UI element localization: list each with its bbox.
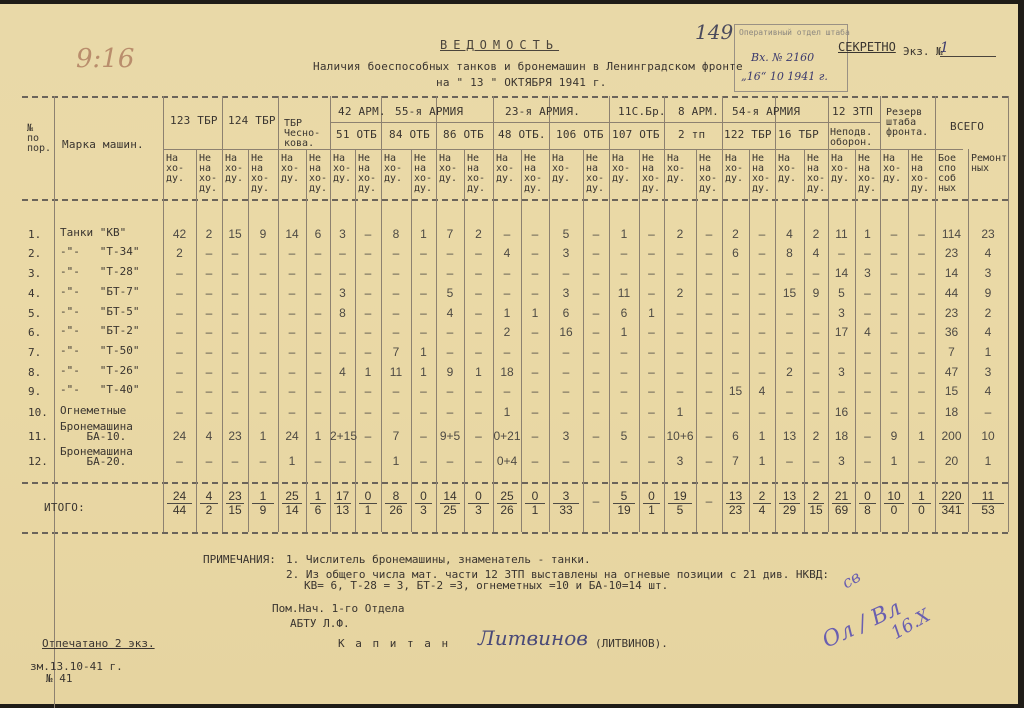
row-number: 8. (28, 366, 41, 379)
table-cell: 16 (828, 405, 855, 419)
table-cell: 6 (306, 227, 330, 241)
table-cell: – (696, 384, 722, 398)
table-cell: – (196, 246, 222, 260)
total-denominator: 19 (613, 503, 635, 517)
document-title: ВЕДОМОСТЬ (440, 38, 559, 52)
table-cell: – (248, 266, 278, 280)
total-denominator: 2 (200, 503, 218, 517)
table-cell: 3 (330, 227, 355, 241)
row-number: 12. (28, 455, 48, 468)
table-cell: – (696, 454, 722, 468)
subcol-operational: Нахо-ду. (831, 154, 849, 184)
note-1: 1. Числитель бронемашины, знаменатель - … (286, 553, 591, 566)
unit-86-otb: 86 ОТБ (443, 128, 484, 141)
table-cell: – (411, 454, 436, 468)
subcol-operational: Нахо-ду. (496, 154, 514, 184)
table-cell: 4 (968, 384, 1008, 398)
subcol-operational: Нахо-ду. (552, 154, 570, 184)
unit-124-tbr: 124 ТБР (228, 114, 276, 127)
table-cell: 1 (639, 306, 664, 320)
unit-51-otb: 51 ОТБ (336, 128, 377, 141)
row-number: 6. (28, 326, 41, 339)
total-denominator: 33 (553, 503, 579, 517)
table-cell: 1 (278, 454, 306, 468)
table-cell: – (775, 345, 804, 359)
total-denominator: 29 (779, 503, 800, 517)
table-cell: 1 (381, 454, 411, 468)
table-cell: – (749, 345, 775, 359)
row-number: 5. (28, 307, 41, 320)
table-cell: – (493, 345, 521, 359)
total-denominator: 341 (939, 503, 964, 517)
total-denominator: 25 (440, 503, 460, 517)
table-cell: – (722, 345, 749, 359)
table-cell: 4 (749, 384, 775, 398)
ztp-header-rule (828, 122, 880, 123)
col-num-header: №попор. (27, 124, 51, 154)
vehicle-type: Бронемашина БА-20. (60, 447, 133, 467)
column-divider (306, 149, 307, 532)
table-cell: 1 (464, 365, 493, 379)
total-numerator: 0 (359, 489, 377, 504)
table-cell: – (775, 454, 804, 468)
unit-immobile-defense: Неподв.оборон. (830, 128, 872, 148)
table-cell: – (696, 405, 722, 419)
col-brand-header: Марка машин. (62, 138, 144, 151)
table-cell: – (804, 384, 828, 398)
table-cell: – (381, 246, 411, 260)
table-cell: 1 (355, 365, 381, 379)
table-cell: 9 (880, 429, 908, 443)
notes-label: ПРИМЕЧАНИЯ: (203, 553, 276, 566)
table-cell: – (196, 405, 222, 419)
table-cell: – (583, 306, 609, 320)
vehicle-type: -"- "Т-34" (60, 247, 139, 257)
subcol-nonoperational: Ненахо-ду. (911, 154, 929, 194)
copy-number: 1 (940, 40, 996, 57)
table-cell: – (196, 454, 222, 468)
table-cell: – (355, 345, 381, 359)
table-cell: – (330, 266, 355, 280)
total-denominator: 44 (167, 503, 192, 517)
table-cell: 1 (411, 345, 436, 359)
table-cell: 6 (722, 246, 749, 260)
signer-position-line1: Пом.Нач. 1-го Отдела (272, 602, 404, 615)
table-cell: – (908, 365, 935, 379)
document-page: 9:16 149 Оперативный отдел штаба Вх. № 2… (0, 4, 1018, 704)
table-cell: – (583, 454, 609, 468)
table-bottom-rule (22, 532, 1008, 534)
table-cell: – (775, 325, 804, 339)
table-cell: – (583, 286, 609, 300)
table-cell: 4 (330, 365, 355, 379)
column-divider (411, 149, 412, 532)
signer-name: (ЛИТВИНОВ). (595, 637, 668, 650)
total-numerator: 3 (553, 489, 579, 504)
table-cell: 3 (968, 266, 1008, 280)
total-denominator: 26 (497, 503, 517, 517)
vehicle-type: Танки "КВ" (60, 228, 126, 238)
subcol-operational: Нахо-ду. (612, 154, 630, 184)
table-cell: – (908, 454, 935, 468)
unit-107-otb: 107 ОТБ (612, 128, 660, 141)
classification-label: СЕКРЕТНО (838, 40, 896, 54)
table-cell: 114 (935, 227, 968, 241)
handwritten-page-number: 149 (695, 20, 733, 44)
table-cell: 9+5 (436, 429, 464, 443)
vehicle-type: -"- "Т-28" (60, 267, 139, 277)
table-cell: 1 (855, 227, 880, 241)
table-cell: – (804, 405, 828, 419)
table-cell: 9 (804, 286, 828, 300)
table-cell: – (163, 306, 196, 320)
total-numerator: 2 (753, 489, 771, 504)
total-numerator: 8 (385, 489, 407, 504)
table-cell: 1 (248, 429, 278, 443)
table-cell: – (804, 325, 828, 339)
total-numerator: 19 (668, 489, 692, 504)
table-cell: – (196, 286, 222, 300)
table-cell: – (583, 365, 609, 379)
table-cell: – (464, 405, 493, 419)
table-cell: 4 (493, 246, 521, 260)
table-cell: – (436, 384, 464, 398)
table-cell: 11 (828, 227, 855, 241)
total-numerator: 21 (832, 489, 851, 504)
table-cell: 15 (775, 286, 804, 300)
table-cell: – (908, 246, 935, 260)
table-cell: – (749, 227, 775, 241)
table-cell: – (639, 227, 664, 241)
table-cell: – (804, 365, 828, 379)
handwritten-signature: Литвинов (478, 626, 588, 650)
total-numerator: 1 (252, 489, 274, 504)
table-cell: – (163, 325, 196, 339)
total-numerator: 5 (613, 489, 635, 504)
table-cell: – (436, 266, 464, 280)
table-cell: – (306, 454, 330, 468)
subcol-operational: Нахо-ду. (333, 154, 351, 184)
table-cell: 6 (549, 306, 583, 320)
table-cell: 23 (935, 306, 968, 320)
table-cell: 0+21 (493, 429, 521, 443)
table-cell: 7 (436, 227, 464, 241)
table-cell: – (381, 286, 411, 300)
total-numerator: 14 (440, 489, 460, 504)
table-cell: 7 (935, 345, 968, 359)
table-cell: – (639, 454, 664, 468)
table-cell: 10+6 (664, 429, 696, 443)
table-cell: – (464, 454, 493, 468)
table-cell: – (521, 227, 549, 241)
table-cell: 6 (722, 429, 749, 443)
column-divider (855, 149, 856, 532)
subcol-nonoperational: Ненахо-ду. (467, 154, 485, 194)
table-top-rule (22, 96, 1008, 98)
column-divider (639, 149, 640, 532)
total-denominator: 9 (252, 503, 274, 517)
total-denominator: 26 (385, 503, 407, 517)
table-cell: – (583, 227, 609, 241)
table-cell: – (355, 325, 381, 339)
table-cell: – (664, 345, 696, 359)
table-cell: – (549, 345, 583, 359)
table-cell: – (278, 345, 306, 359)
column-divider (583, 149, 584, 532)
table-cell: – (609, 345, 639, 359)
subcol-combat-ready: Боеспособных (938, 154, 956, 194)
total-numerator: 4 (200, 489, 218, 504)
table-cell: 2 (196, 227, 222, 241)
column-divider (521, 149, 522, 532)
table-cell: – (855, 384, 880, 398)
note-2-line2: КВ= 6, Т-28 = 3, БТ-2 =3, огнеметных =10… (304, 579, 668, 592)
column-divider (248, 149, 249, 532)
table-cell: – (411, 429, 436, 443)
table-cell: – (583, 345, 609, 359)
table-cell: 1 (908, 429, 935, 443)
table-cell: 1 (493, 405, 521, 419)
table-cell: – (722, 365, 749, 379)
army-42: 42 АРМ. (338, 105, 386, 118)
table-cell: 3 (855, 266, 880, 280)
table-cell: – (609, 246, 639, 260)
table-cell: – (464, 266, 493, 280)
table-cell: – (749, 325, 775, 339)
army-23: 23-я АРМИЯ. (505, 105, 580, 118)
table-cell: – (196, 325, 222, 339)
table-cell: – (248, 286, 278, 300)
reference-number: № 41 (46, 672, 73, 685)
total-denominator: 15 (226, 503, 244, 517)
table-cell: – (583, 384, 609, 398)
table-cell: – (521, 405, 549, 419)
table-cell: – (639, 345, 664, 359)
subcol-in-repair: Ремонтных (971, 154, 1007, 174)
row-number: 9. (28, 385, 41, 398)
table-cell: – (521, 384, 549, 398)
table-cell: – (639, 365, 664, 379)
total-numerator: 25 (497, 489, 517, 504)
column-divider (804, 149, 805, 532)
row-number: 4. (28, 287, 41, 300)
table-cell: – (163, 384, 196, 398)
table-cell: 24 (163, 429, 196, 443)
unit-48-otb: 48 ОТБ. (498, 128, 546, 141)
table-cell: – (855, 454, 880, 468)
table-cell: – (196, 306, 222, 320)
table-cell: – (436, 246, 464, 260)
subcol-operational: Нахо-ду. (439, 154, 457, 184)
subcol-nonoperational: Ненахо-ду. (309, 154, 327, 194)
column-divider (696, 149, 697, 532)
table-cell: 7 (381, 429, 411, 443)
table-cell: 7 (722, 454, 749, 468)
table-cell: 11 (609, 286, 639, 300)
total-denominator: 1 (643, 503, 660, 517)
table-cell: – (749, 306, 775, 320)
table-cell: 5 (549, 227, 583, 241)
subcol-nonoperational: Ненахо-ду. (858, 154, 876, 194)
table-cell: 4 (804, 246, 828, 260)
table-cell: – (664, 384, 696, 398)
table-cell: 5 (609, 429, 639, 443)
table-cell: – (609, 266, 639, 280)
table-cell: – (278, 286, 306, 300)
table-cell: – (381, 306, 411, 320)
table-cell: – (355, 286, 381, 300)
table-cell: 1 (609, 227, 639, 241)
table-cell: – (248, 345, 278, 359)
table-cell: 1 (493, 306, 521, 320)
handwritten-archive-number: 9:16 (76, 44, 134, 74)
table-cell: – (163, 365, 196, 379)
total-numerator: 11 (972, 489, 1004, 504)
table-cell: 2 (664, 227, 696, 241)
table-cell: – (381, 266, 411, 280)
row-number: 11. (28, 430, 48, 443)
column-divider (908, 149, 909, 532)
table-cell: – (855, 429, 880, 443)
table-cell: – (248, 454, 278, 468)
table-cell: – (163, 286, 196, 300)
table-cell: – (493, 286, 521, 300)
vehicle-type: -"- "БТ-7" (60, 287, 139, 297)
table-cell: – (696, 227, 722, 241)
column-divider (355, 149, 356, 532)
table-cell: – (222, 286, 248, 300)
army-54: 54-я АРМИЯ (732, 105, 800, 118)
column-divider (749, 149, 750, 532)
table-cell: 4 (436, 306, 464, 320)
table-cell: – (855, 306, 880, 320)
table-cell: – (880, 384, 908, 398)
total-numerator: 13 (779, 489, 800, 504)
table-cell: – (968, 405, 1008, 419)
table-cell: 20 (935, 454, 968, 468)
table-cell: – (330, 454, 355, 468)
table-cell: – (196, 365, 222, 379)
table-cell: – (306, 266, 330, 280)
table-cell: – (775, 306, 804, 320)
total-denominator: 69 (832, 503, 851, 517)
row-number: 10. (28, 406, 48, 419)
table-cell: – (639, 384, 664, 398)
table-cell: – (639, 246, 664, 260)
table-cell: – (908, 266, 935, 280)
table-cell: – (880, 266, 908, 280)
total-numerator: 0 (468, 489, 489, 504)
table-cell: – (749, 405, 775, 419)
table-cell: 18 (828, 429, 855, 443)
total-numerator: 23 (226, 489, 244, 504)
table-cell: – (306, 246, 330, 260)
subcol-nonoperational: Ненахо-ду. (414, 154, 432, 194)
total-denominator: 23 (726, 503, 745, 517)
table-cell: – (493, 384, 521, 398)
printed-copies: Отпечатано 2 экз. (42, 637, 155, 650)
table-cell: 42 (163, 227, 196, 241)
table-cell: 36 (935, 325, 968, 339)
table-cell: – (549, 454, 583, 468)
table-cell: – (278, 306, 306, 320)
row-number: 7. (28, 346, 41, 359)
row-number: 2. (28, 247, 41, 260)
table-cell: – (908, 227, 935, 241)
total-numerator: 25 (282, 489, 302, 504)
table-cell: – (775, 405, 804, 419)
document-date: на " 13 " ОКТЯБРЯ 1941 г. (436, 76, 607, 89)
header-bottom-rule (22, 199, 1008, 201)
subcol-operational: Нахо-ду. (883, 154, 901, 184)
row-number: 1. (28, 228, 41, 241)
table-cell: – (908, 345, 935, 359)
table-cell: – (749, 286, 775, 300)
total-numerator: 0 (415, 489, 432, 504)
table-cell: 3 (549, 246, 583, 260)
total-denominator: 4 (753, 503, 771, 517)
vehicle-type: -"- "БТ-2" (60, 326, 139, 336)
table-cell: – (306, 384, 330, 398)
table-cell: – (330, 405, 355, 419)
table-cell: – (722, 286, 749, 300)
table-cell: 1 (411, 227, 436, 241)
total-denominator: 8 (859, 503, 876, 517)
table-cell: – (880, 345, 908, 359)
table-cell: – (855, 405, 880, 419)
subcol-nonoperational: Ненахо-ду. (199, 154, 217, 194)
table-cell: 1 (664, 405, 696, 419)
table-cell: – (696, 266, 722, 280)
table-cell: – (696, 306, 722, 320)
table-cell: 3 (828, 454, 855, 468)
table-cell: 7 (381, 345, 411, 359)
table-cell: – (248, 246, 278, 260)
table-cell: 8 (330, 306, 355, 320)
table-cell: 15 (722, 384, 749, 398)
table-cell: – (330, 345, 355, 359)
table-cell: – (222, 365, 248, 379)
table-cell: – (804, 345, 828, 359)
vehicle-type: -"- "Т-26" (60, 366, 139, 376)
table-cell: – (639, 429, 664, 443)
table-cell: 23 (935, 246, 968, 260)
table-cell: – (355, 306, 381, 320)
vehicle-type: -"- "Т-50" (60, 346, 139, 356)
table-cell: – (908, 306, 935, 320)
table-cell: – (464, 384, 493, 398)
table-cell: 23 (222, 429, 248, 443)
table-cell: – (355, 405, 381, 419)
table-cell: – (330, 246, 355, 260)
table-cell: – (248, 365, 278, 379)
table-cell: – (880, 325, 908, 339)
totals-top-rule (22, 482, 1008, 484)
table-cell: 1 (521, 306, 549, 320)
total-numerator: 0 (525, 489, 545, 504)
table-cell: – (749, 266, 775, 280)
table-cell: 8 (775, 246, 804, 260)
column-divider (464, 149, 465, 532)
reference-date: зм.13.10-41 г. (30, 660, 123, 673)
table-cell: – (163, 454, 196, 468)
stamp-office: Оперативный отдел штаба (739, 28, 850, 37)
front-hq-reserve: Резервштабафронта. (886, 108, 928, 138)
table-cell: – (722, 306, 749, 320)
table-cell: 5 (828, 286, 855, 300)
brigade-11s: 11С.Бр. (618, 105, 666, 118)
table-cell: – (880, 246, 908, 260)
